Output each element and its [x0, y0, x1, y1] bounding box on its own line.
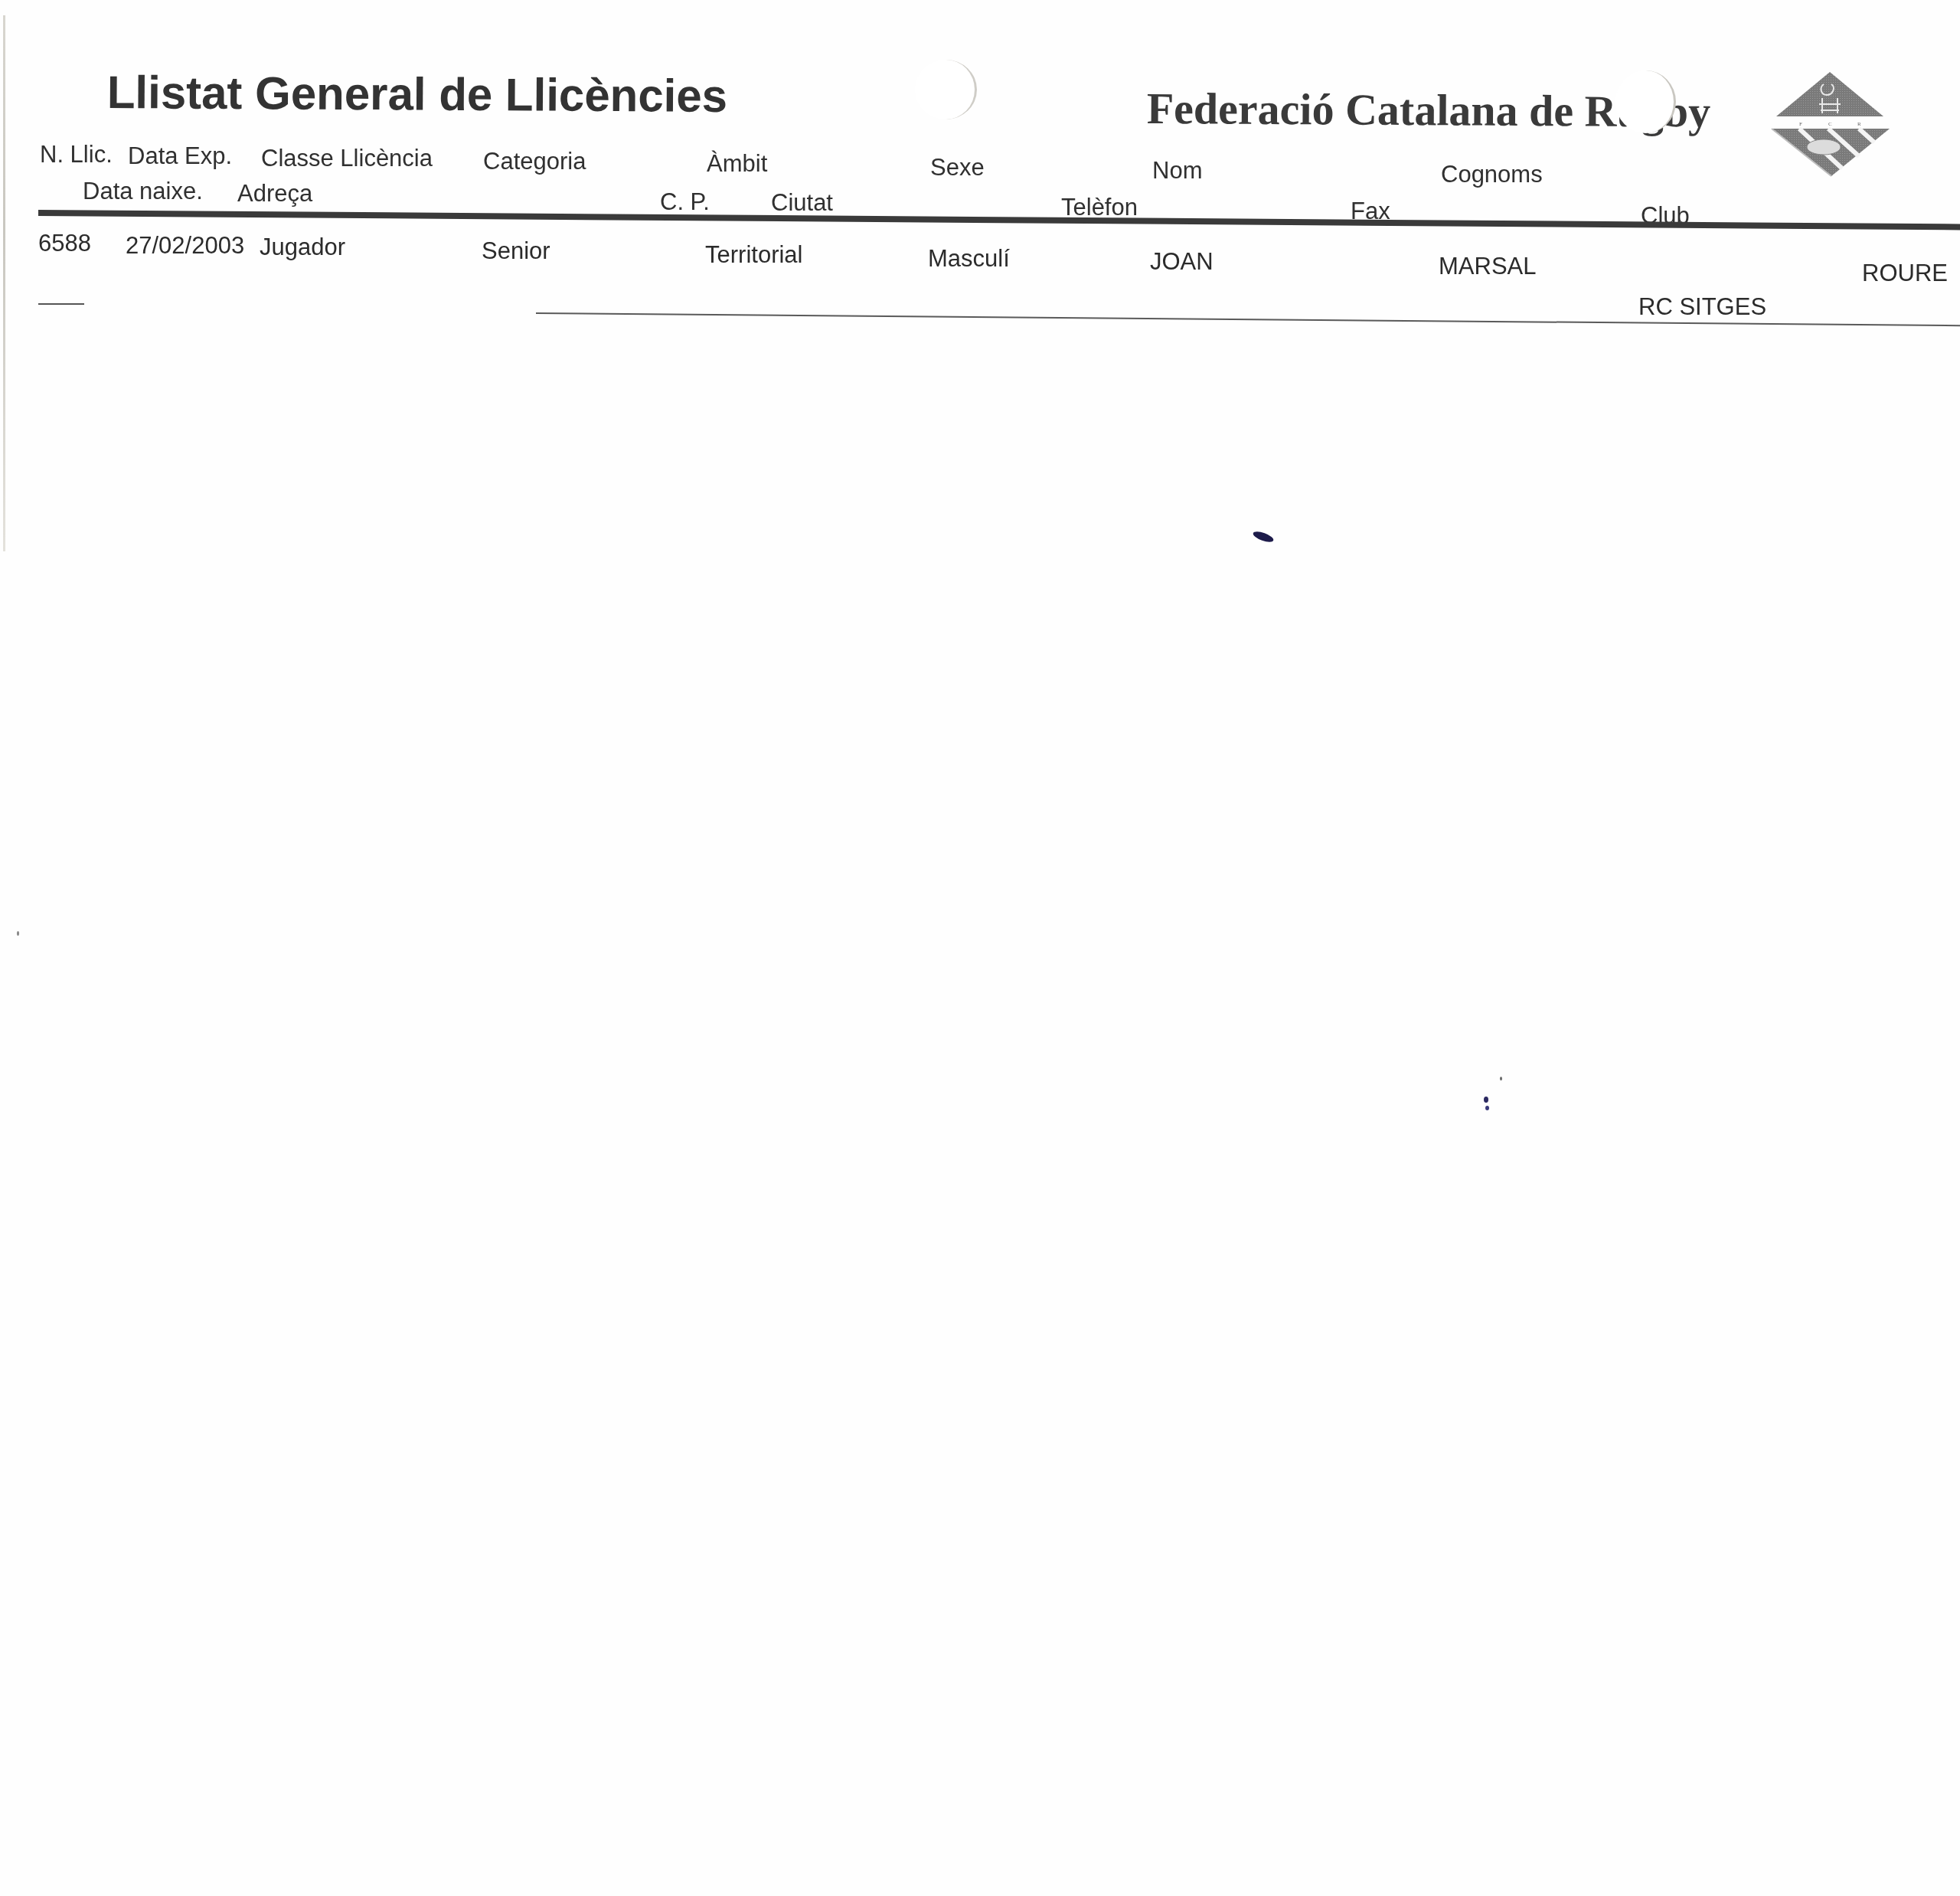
svg-text:C: C	[1828, 121, 1832, 127]
header-cp: C. P.	[660, 188, 710, 216]
header-categoria: Categoria	[483, 148, 586, 175]
cell-sexe: Masculí	[928, 245, 1010, 273]
fcr-logo-icon: F C R	[1769, 70, 1891, 178]
header-sexe: Sexe	[930, 154, 985, 181]
cell-cognom-1: MARSAL	[1439, 253, 1536, 280]
header-cognoms: Cognoms	[1441, 161, 1543, 188]
header-data-exp: Data Exp.	[128, 142, 232, 170]
document-title: Llistat General de Llicències	[107, 66, 728, 123]
header-n-llic: N. Llic.	[40, 141, 113, 168]
ink-speck	[17, 931, 19, 936]
header-ambit: Àmbit	[707, 150, 767, 178]
punch-hole	[915, 60, 977, 119]
punch-hole	[1615, 70, 1676, 133]
ink-speck	[1500, 1077, 1502, 1080]
header-adreca: Adreça	[237, 180, 312, 208]
svg-text:R: R	[1857, 121, 1861, 127]
svg-text:F: F	[1799, 121, 1802, 127]
cell-classe-llicencia: Jugador	[260, 234, 345, 261]
ink-speck	[1485, 1106, 1489, 1110]
cell-ambit: Territorial	[705, 241, 802, 269]
ink-speck	[1252, 530, 1275, 544]
cell-cognom-2: ROURE	[1862, 260, 1948, 287]
ink-speck	[1484, 1097, 1488, 1103]
cell-nom: JOAN	[1150, 248, 1214, 276]
cell-data-exp: 27/02/2003	[126, 232, 244, 260]
scanned-page: Llistat General de Llicències Federació …	[0, 0, 1960, 1896]
cell-club: RC SITGES	[1638, 293, 1766, 321]
header-ciutat: Ciutat	[771, 189, 833, 217]
cell-n-llic: 6588	[38, 230, 91, 257]
row-marker-dash	[38, 303, 84, 305]
cell-categoria: Senior	[482, 237, 550, 265]
header-data-naixe: Data naixe.	[83, 178, 203, 205]
header-classe-llicencia: Classe Llicència	[261, 145, 433, 172]
scan-edge	[3, 15, 5, 551]
header-nom: Nom	[1152, 157, 1202, 185]
